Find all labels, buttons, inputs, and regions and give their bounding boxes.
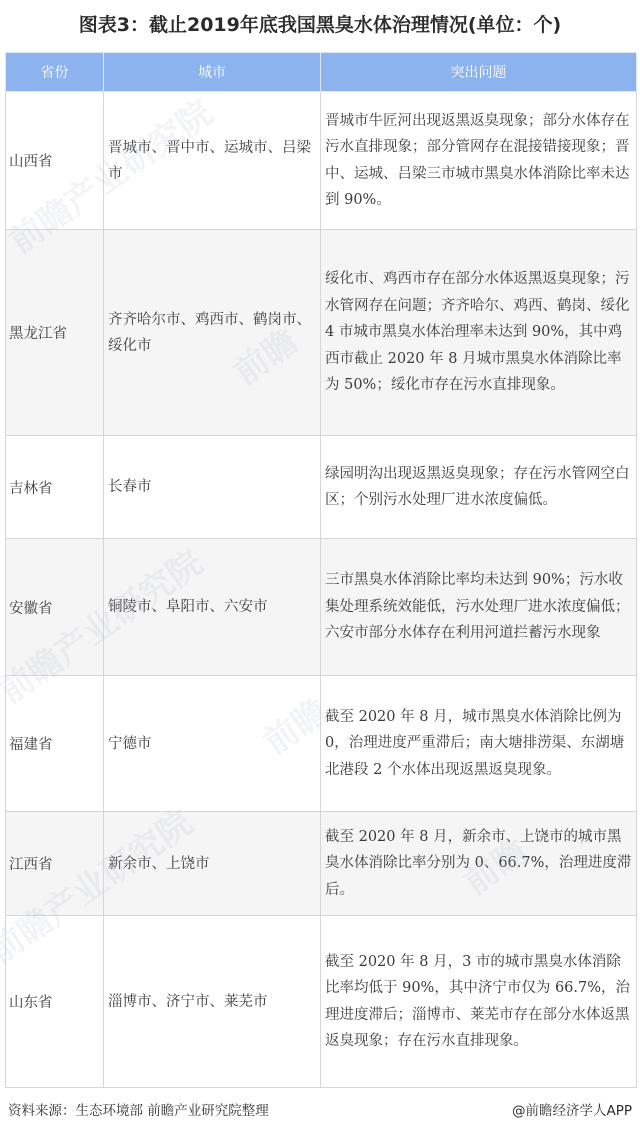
table-row: 山西省 晋城市、晋中市、运城市、吕梁市 晋城市牛匠河出现返黑返臭现象；部分水体存…: [6, 92, 637, 230]
province-cell: 山东省: [6, 916, 104, 1088]
cities-cell: 宁德市: [104, 676, 321, 812]
table-row: 黑龙江省 齐齐哈尔市、鸡西市、鹤岗市、绥化市 绥化市、鸡西市存在部分水体返黑返臭…: [6, 230, 637, 436]
header-city: 城市: [104, 53, 321, 92]
province-cell: 安徽省: [6, 539, 104, 676]
table-row: 吉林省 长春市 绿园明沟出现返黑返臭现象；存在污水管网空白区；个别污水处理厂进水…: [6, 436, 637, 539]
issues-cell: 绥化市、鸡西市存在部分水体返黑返臭现象；污水管网存在问题；齐齐哈尔、鸡西、鹤岗、…: [321, 230, 637, 436]
cities-cell: 齐齐哈尔市、鸡西市、鹤岗市、绥化市: [104, 230, 321, 436]
issues-cell: 截至 2020 年 8 月，3 市的城市黑臭水体消除比率均低于 90%，其中济宁…: [321, 916, 637, 1088]
issues-cell: 截至 2020 年 8 月，城市黑臭水体消除比例为 0，治理进度严重滞后；南大塘…: [321, 676, 637, 812]
table-row: 福建省 宁德市 截至 2020 年 8 月，城市黑臭水体消除比例为 0，治理进度…: [6, 676, 637, 812]
issues-cell: 截至 2020 年 8 月，新余市、上饶市的城市黑臭水体消除比率分别为 0、66…: [321, 812, 637, 916]
header-province: 省份: [6, 53, 104, 92]
issues-cell: 三市黑臭水体消除比率均未达到 90%；污水收集处理系统效能低，污水处理厂进水浓度…: [321, 539, 637, 676]
cities-cell: 铜陵市、阜阳市、六安市: [104, 539, 321, 676]
cities-cell: 淄博市、济宁市、莱芜市: [104, 916, 321, 1088]
province-cell: 福建省: [6, 676, 104, 812]
table-row: 山东省 淄博市、济宁市、莱芜市 截至 2020 年 8 月，3 市的城市黑臭水体…: [6, 916, 637, 1088]
province-cell: 江西省: [6, 812, 104, 916]
cities-cell: 晋城市、晋中市、运城市、吕梁市: [104, 92, 321, 230]
governance-table: 省份 城市 突出问题 山西省 晋城市、晋中市、运城市、吕梁市 晋城市牛匠河出现返…: [5, 52, 637, 1088]
issues-cell: 绿园明沟出现返黑返臭现象；存在污水管网空白区；个别污水处理厂进水浓度偏低。: [321, 436, 637, 539]
issues-cell: 晋城市牛匠河出现返黑返臭现象；部分水体存在污水直排现象；部分管网存在混接错接现象…: [321, 92, 637, 230]
source-note: 资料来源：生态环境部 前瞻产业研究院整理: [8, 1099, 269, 1119]
brand-credit: @前瞻经济学人APP: [512, 1099, 632, 1119]
cities-cell: 新余市、上饶市: [104, 812, 321, 916]
province-cell: 吉林省: [6, 436, 104, 539]
table-row: 江西省 新余市、上饶市 截至 2020 年 8 月，新余市、上饶市的城市黑臭水体…: [6, 812, 637, 916]
header-issues: 突出问题: [321, 53, 637, 92]
province-cell: 山西省: [6, 92, 104, 230]
cities-cell: 长春市: [104, 436, 321, 539]
table-header-row: 省份 城市 突出问题: [6, 53, 637, 92]
chart-title: 图表3：截止2019年底我国黑臭水体治理情况(单位：个): [0, 10, 640, 37]
province-cell: 黑龙江省: [6, 230, 104, 436]
table-row: 安徽省 铜陵市、阜阳市、六安市 三市黑臭水体消除比率均未达到 90%；污水收集处…: [6, 539, 637, 676]
